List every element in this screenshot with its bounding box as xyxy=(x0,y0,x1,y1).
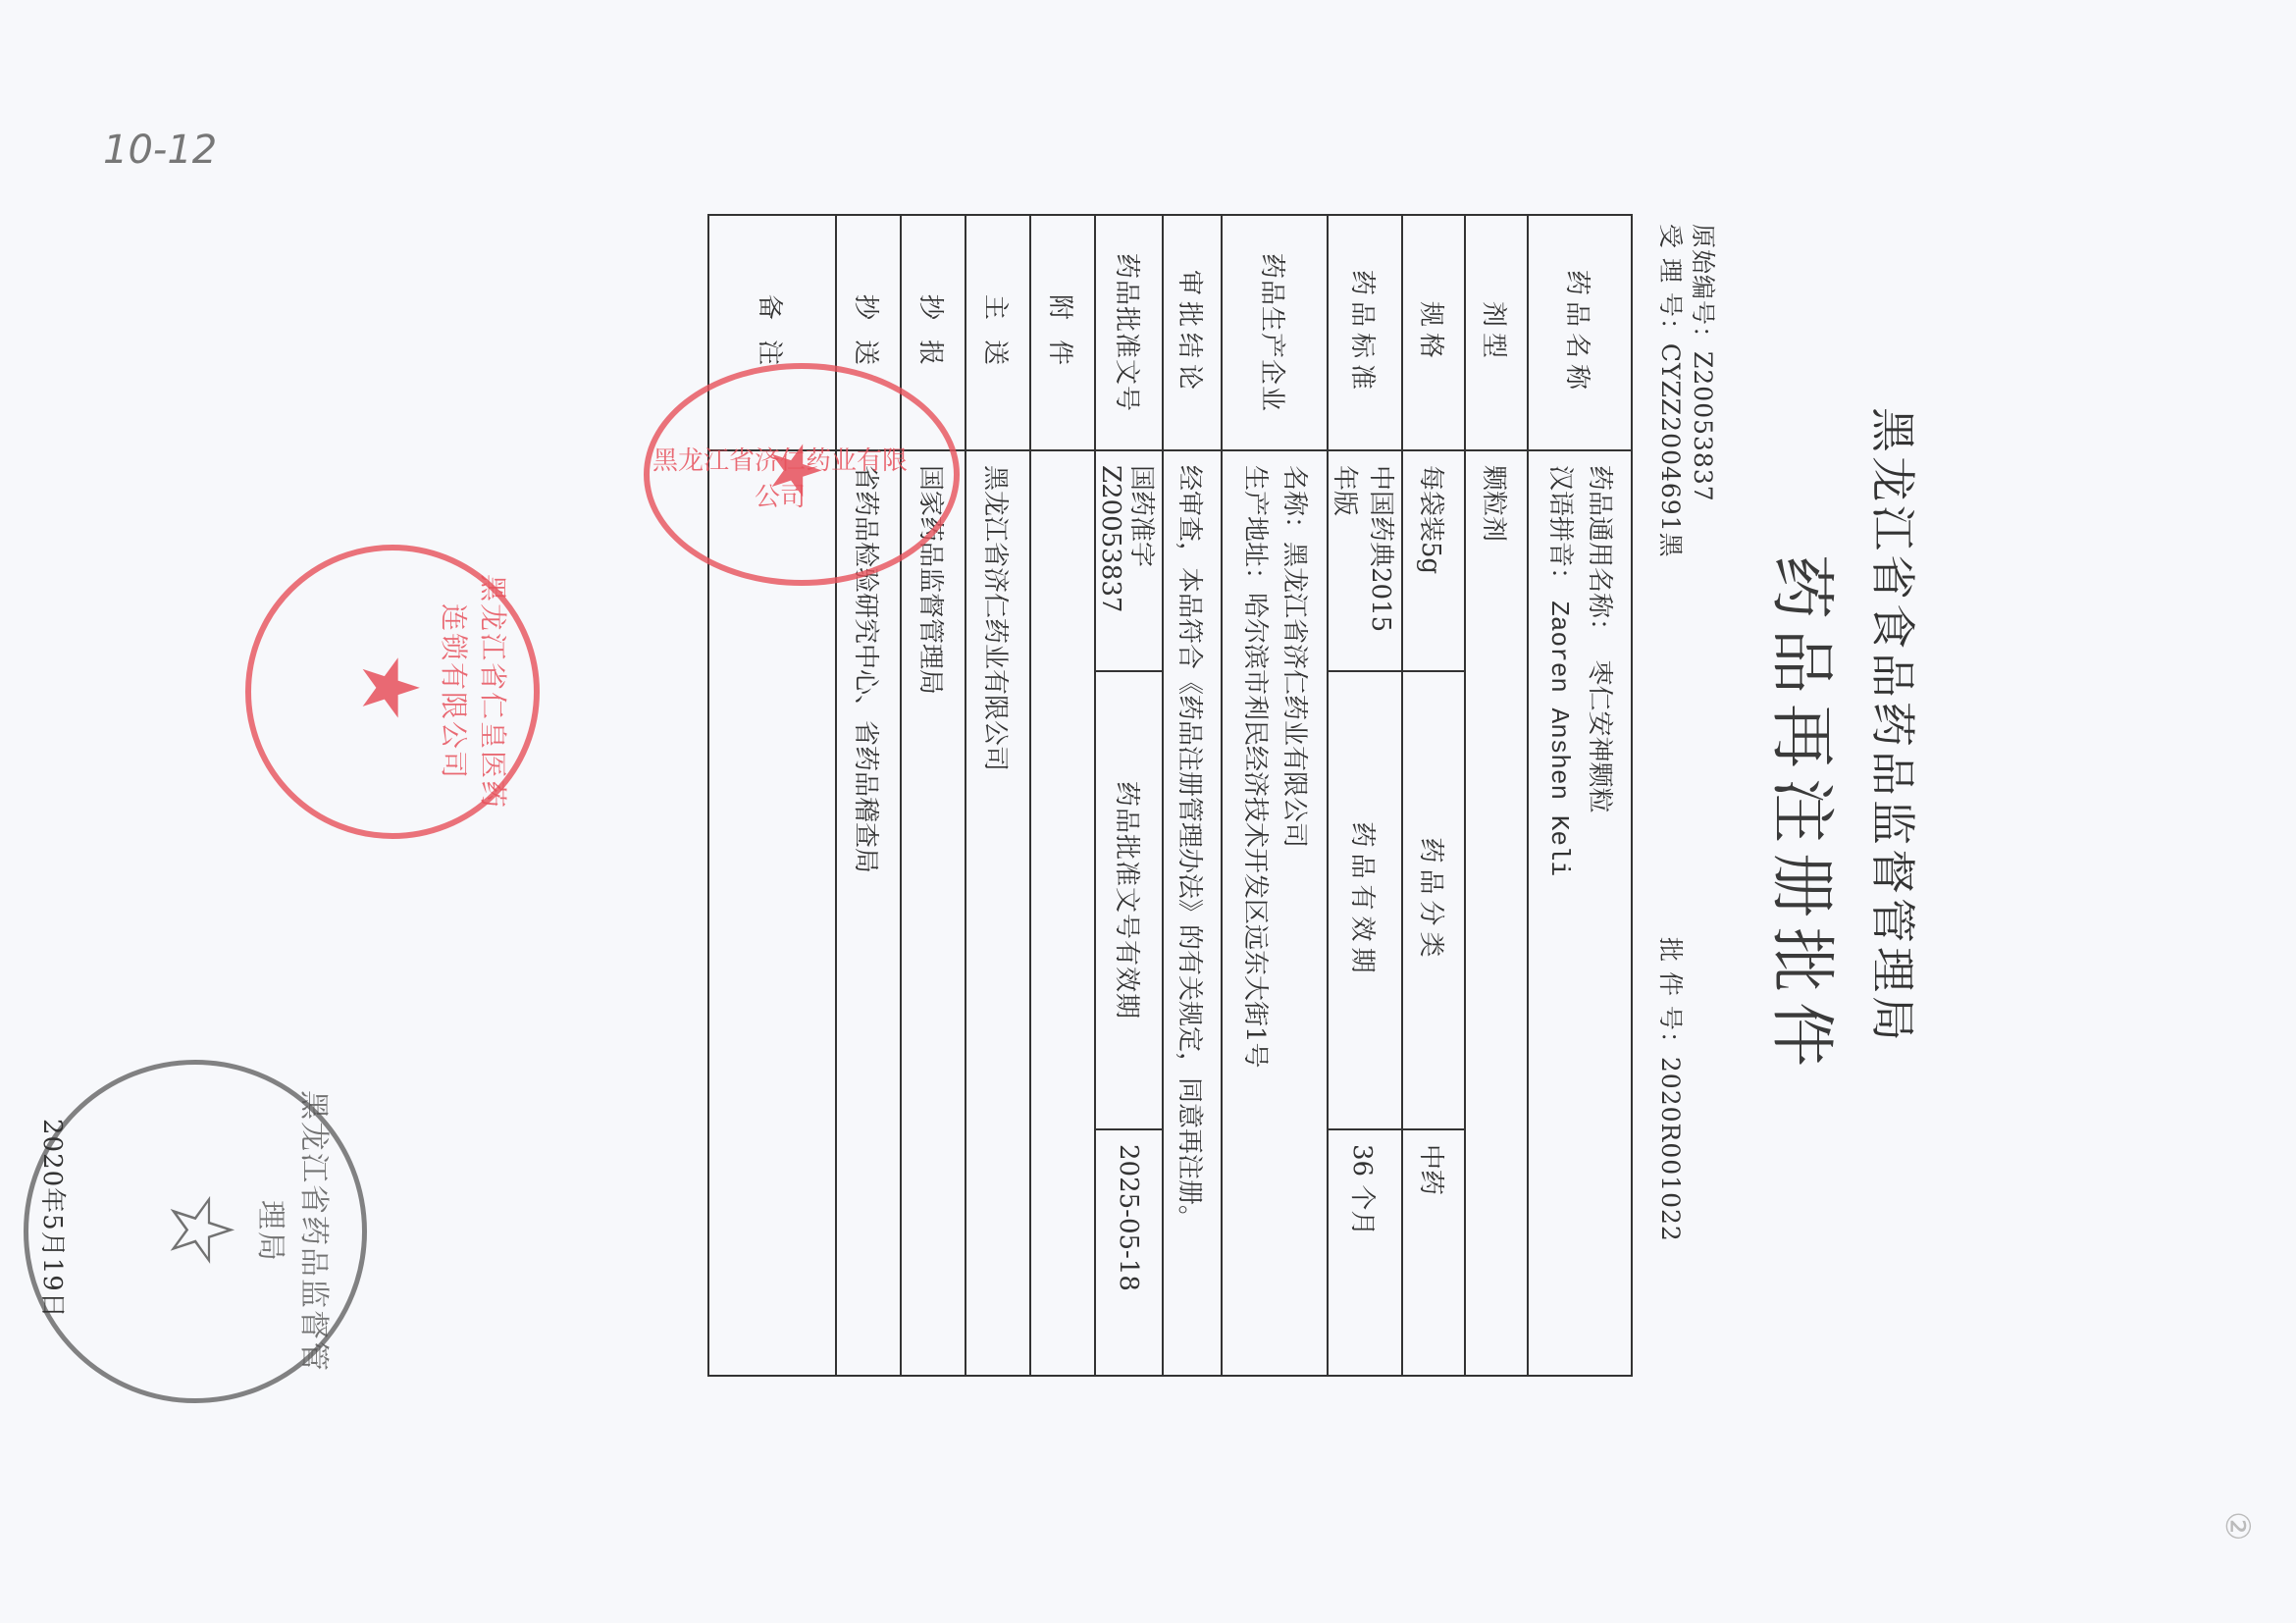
value-shelf-life: 36 个月 xyxy=(1328,1129,1402,1376)
authority-seal: ☆ 黑龙江省药品监督管理局 xyxy=(24,1060,367,1403)
label-drug-standard: 药品标准 xyxy=(1328,215,1402,450)
registration-form-table: 药品名称 药品通用名称： 枣仁安神颗粒 汉语拼音： Zaoren Anshen … xyxy=(707,214,1633,1377)
approval-number: 批 件 号：2020R001022 xyxy=(1654,937,1690,1242)
margin-mark: ② xyxy=(2218,1511,2257,1541)
manufacturer-address: 哈尔滨市利民经济技术开发区远东大街1号 xyxy=(1240,593,1270,1069)
original-number: 原始编号：Z20053837 xyxy=(1687,224,1722,502)
row-report-to: 抄 报 国家药品监督管理局 xyxy=(901,215,965,1376)
value-remarks xyxy=(708,450,836,1376)
row-standard: 药品标准 中国药典2015年版 药品有效期 36 个月 xyxy=(1328,215,1402,1376)
value-main-recipient: 黑龙江省济仁药业有限公司 xyxy=(965,450,1030,1376)
value-drug-category: 中药 xyxy=(1402,1129,1465,1376)
acceptance-number: 受 理 号：CYZZ2004691黑 xyxy=(1654,224,1690,558)
row-drug-name: 药品名称 药品通用名称： 枣仁安神颗粒 汉语拼音： Zaoren Anshen … xyxy=(1528,215,1632,1376)
seal-star-icon: ☆ xyxy=(149,1190,252,1270)
document-title: 药品再注册批件 xyxy=(1761,554,1854,1241)
label-remarks: 备 注 xyxy=(708,215,836,450)
row-manufacturer: 药品生产企业 名称：黑龙江省济仁药业有限公司 生产地址：哈尔滨市利民经济技术开发… xyxy=(1222,215,1328,1376)
issue-date: 2020年5月19日 xyxy=(36,1119,73,1319)
label-manufacturer: 药品生产企业 xyxy=(1222,215,1328,450)
value-drug-standard: 中国药典2015年版 xyxy=(1328,450,1402,671)
label-report-to: 抄 报 xyxy=(901,215,965,450)
issuer-title: 黑龙江省食品药品监督管理局 xyxy=(1863,407,1928,1290)
label-attachment: 附 件 xyxy=(1030,215,1095,450)
label-copy-to: 抄 送 xyxy=(836,215,901,450)
value-drug-name: 药品通用名称： 枣仁安神颗粒 汉语拼音： Zaoren Anshen Keli xyxy=(1528,450,1632,1376)
row-main-recipient: 主 送 黑龙江省济仁药业有限公司 xyxy=(965,215,1030,1376)
label-approval-doc-number: 药品批准文号 xyxy=(1095,215,1163,450)
row-dosage-form: 剂型 颗粒剂 xyxy=(1465,215,1528,1376)
pharmacy-seal: ★ 黑龙江省仁皇医药连锁有限公司 xyxy=(245,545,540,839)
value-conclusion: 经审查，本品符合《药品注册管理办法》的有关规定，同意再注册。 xyxy=(1163,450,1222,1376)
value-dosage-form: 颗粒剂 xyxy=(1465,450,1528,1376)
pharmacy-seal-text: 黑龙江省仁皇医药连锁有限公司 xyxy=(436,560,514,823)
label-main-recipient: 主 送 xyxy=(965,215,1030,450)
authority-seal-text: 黑龙江省药品监督管理局 xyxy=(252,1084,339,1379)
generic-name: 枣仁安神颗粒 xyxy=(1586,660,1615,813)
row-specification: 规格 每袋装5g 药品分类 中药 xyxy=(1402,215,1465,1376)
value-attachment xyxy=(1030,450,1095,1376)
value-manufacturer: 名称：黑龙江省济仁药业有限公司 生产地址：哈尔滨市利民经济技术开发区远东大街1号 xyxy=(1222,450,1328,1376)
row-copy-to: 抄 送 省药品检验研究中心、省药品稽查局 xyxy=(836,215,901,1376)
value-specification: 每袋装5g xyxy=(1402,450,1465,671)
seal-star-icon: ★ xyxy=(344,653,436,723)
pinyin-name: Zaoren Anshen Keli xyxy=(1545,601,1575,876)
document-page: ② 黑龙江省食品药品监督管理局 药品再注册批件 原始编号：Z20053837 受… xyxy=(0,0,2296,1623)
label-approval-validity: 药品批准文号有效期 xyxy=(1095,671,1163,1129)
label-drug-category: 药品分类 xyxy=(1402,671,1465,1129)
row-approval-doc: 药品批准文号 国药准字Z20053837 药品批准文号有效期 2025-05-1… xyxy=(1095,215,1163,1376)
manufacturer-name: 黑龙江省济仁药业有限公司 xyxy=(1279,542,1309,848)
label-conclusion: 审批结论 xyxy=(1163,215,1222,450)
value-report-to: 国家药品监督管理局 xyxy=(901,450,965,1376)
label-dosage-form: 剂型 xyxy=(1465,215,1528,450)
row-attachment: 附 件 xyxy=(1030,215,1095,1376)
value-approval-doc-number: 国药准字Z20053837 xyxy=(1095,450,1163,671)
value-approval-validity: 2025-05-18 xyxy=(1095,1129,1163,1376)
value-copy-to: 省药品检验研究中心、省药品稽查局 xyxy=(836,450,901,1376)
handwritten-page-ref: 10-12 xyxy=(103,128,217,173)
row-conclusion: 审批结论 经审查，本品符合《药品注册管理办法》的有关规定，同意再注册。 xyxy=(1163,215,1222,1376)
label-specification: 规格 xyxy=(1402,215,1465,450)
label-drug-name: 药品名称 xyxy=(1528,215,1632,450)
label-shelf-life: 药品有效期 xyxy=(1328,671,1402,1129)
row-remarks: 备 注 xyxy=(708,215,836,1376)
